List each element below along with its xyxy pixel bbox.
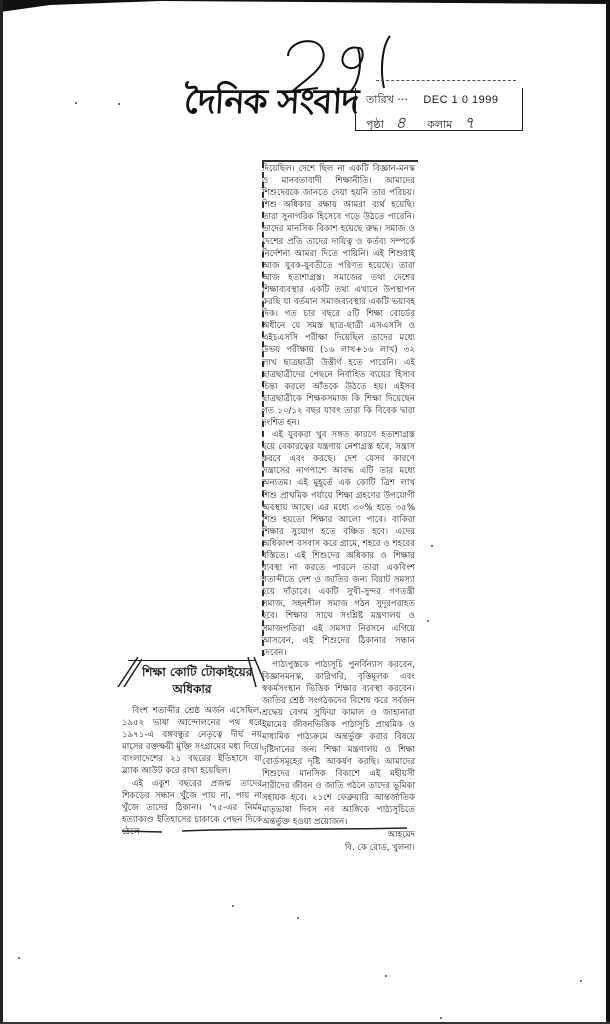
stamp-divider	[376, 80, 516, 81]
main-article-top-rule	[262, 160, 418, 162]
page-label: পৃষ্ঠা	[366, 118, 384, 131]
sidebar-headline-box: শিক্ষা কোটি টোকাইয়ের	[128, 660, 256, 683]
main-paragraph-1: দিয়েছিল। দেশে ছিল না একটি বিজ্ঞান-মনস্ক…	[262, 163, 415, 429]
hatch-decoration-left	[116, 657, 142, 687]
stamp-date-row: তারিখ ··· DEC 1 0 1999	[366, 91, 498, 110]
sidebar-article: শিক্ষা কোটি টোকাইয়ের অধিকার বিংশ শতাব্দ…	[122, 660, 262, 838]
clipping-bottom-rule	[122, 826, 412, 834]
hatch-decoration-right	[244, 657, 270, 687]
scan-right-edge	[606, 0, 610, 1024]
scan-left-edge	[0, 0, 3, 1024]
date-stamp: তারিখ ··· DEC 1 0 1999 পৃষ্ঠা ৪ কলাম ৭	[355, 88, 523, 131]
sidebar-body: বিংশ শতাব্দীর শ্রেষ্ঠ অর্জন এসেছিল, ১৯৫২…	[122, 705, 262, 838]
column-label: কলাম	[427, 118, 452, 131]
author-address: বি. কে রোড, খুলনা।	[262, 842, 415, 854]
page-value: ৪	[395, 113, 405, 132]
date-label: তারিখ ···	[366, 93, 408, 106]
sidebar-paragraph-1: বিংশ শতাব্দীর শ্রেষ্ঠ অর্জন এসেছিল, ১৯৫২…	[122, 705, 262, 778]
stamp-page-row: পৃষ্ঠা ৪ কলাম ৭	[366, 110, 492, 137]
column-value: ৭	[464, 113, 474, 132]
date-value: DEC 1 0 1999	[423, 94, 498, 106]
publication-masthead: দৈনিক সংবাদ	[183, 76, 360, 133]
scan-top-edge	[0, 0, 610, 14]
main-article-column: দিয়েছিল। দেশে ছিল না একটি বিজ্ঞান-মনস্ক…	[262, 163, 415, 858]
main-paragraph-2: এই যুবকরা খুব সঙ্গত কারণে হতাশাগ্রস্ত হয…	[262, 429, 415, 659]
main-paragraph-3: পাঠ্যপুস্তকে পাঠ্যসূচি পুনর্বিন্যাস করবে…	[262, 659, 415, 828]
sidebar-headline-line2: অধিকার	[122, 681, 262, 701]
sidebar-headline: শিক্ষা কোটি টোকাইয়ের	[142, 664, 252, 684]
